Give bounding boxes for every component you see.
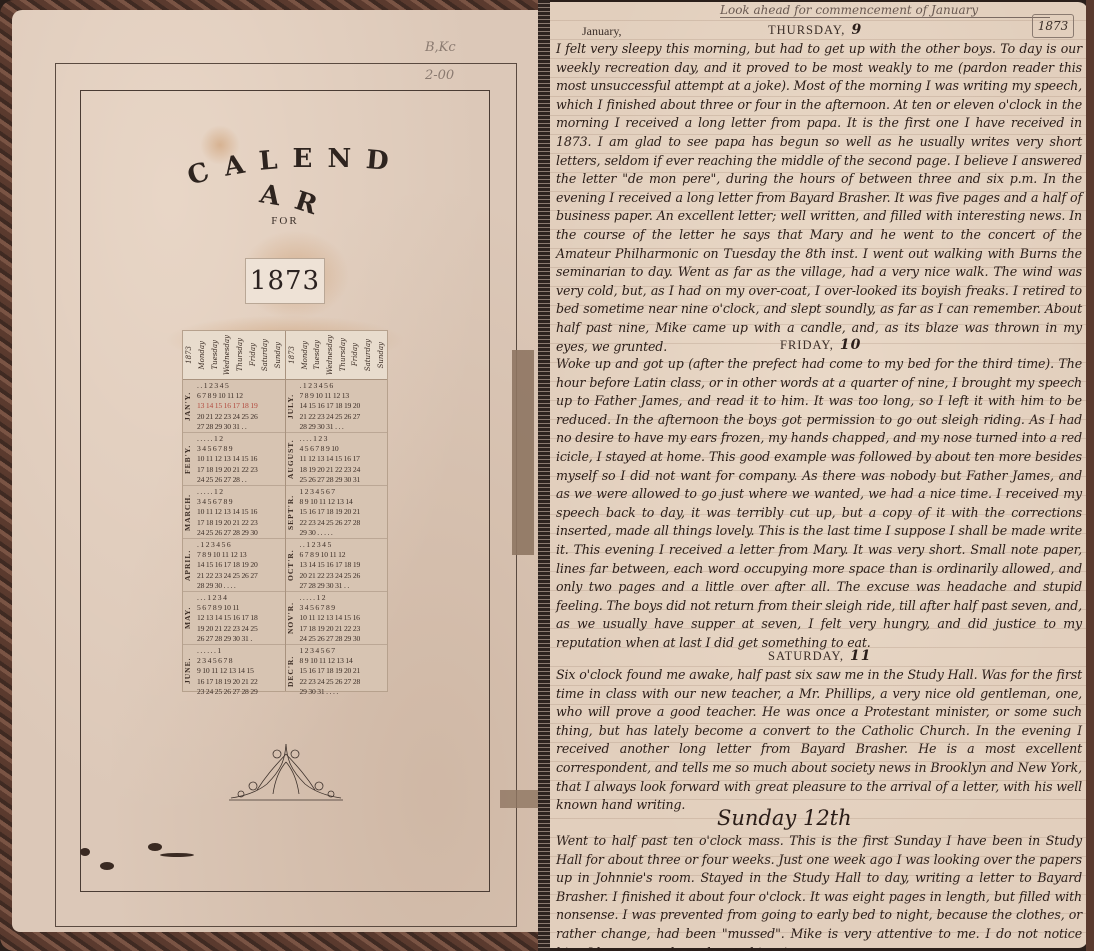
week-row: 14 15 16 17 18 19 20: [300, 401, 388, 411]
month-days: . . . . . 1 23 4 5 6 7 8 910 11 12 13 14…: [197, 486, 285, 538]
month-days: . . 1 2 3 4 56 7 8 9 10 11 1213 14 15 16…: [300, 539, 388, 591]
week-row: 10 11 12 13 14 15 16: [197, 454, 285, 464]
ink-blot: [148, 843, 162, 851]
page-tab-strip: [512, 350, 534, 555]
week-row: 29 30 31 . . . .: [300, 687, 388, 697]
month-label: MARCH.: [183, 486, 197, 538]
week-row: 13 14 15 16 17 18 19: [300, 560, 388, 570]
month-december: DEC'R. 1 2 3 4 5 6 78 9 10 11 12 13 1415…: [286, 645, 388, 697]
weekday-label: Tuesday: [211, 340, 219, 370]
week-row: 29 30 . . . . .: [300, 528, 388, 538]
weekday-label: Monday: [301, 341, 309, 370]
week-row: 8 9 10 11 12 13 14: [300, 656, 388, 666]
day-name: THURSDAY,: [768, 23, 845, 37]
top-margin-note: Look ahead for commencement of January: [720, 3, 1050, 18]
ink-blot: [100, 862, 114, 870]
week-row: . . . . . 1 2: [197, 487, 285, 497]
week-row: . . 1 2 3 4 5: [197, 381, 285, 391]
week-row: . 1 2 3 4 5 6: [300, 381, 388, 391]
calendar-grid: 1873 Monday Tuesday Wednesday Thursday F…: [182, 330, 388, 692]
week-row: 1 2 3 4 5 6 7: [300, 646, 388, 656]
weekday-label: Monday: [198, 341, 206, 370]
week-row: 14 15 16 17 18 19 20: [197, 560, 285, 570]
week-row: 10 11 12 13 14 15 16: [300, 613, 388, 623]
month-april: APRIL. . 1 2 3 4 5 67 8 9 10 11 12 1314 …: [183, 539, 285, 592]
week-row: 15 16 17 18 19 20 21: [300, 666, 388, 676]
weekday-label: 1873: [185, 346, 193, 364]
week-row: 8 9 10 11 12 13 14: [300, 497, 388, 507]
month-days: . . 1 2 3 4 56 7 8 9 10 11 1213 14 15 16…: [197, 380, 285, 432]
title-letter: E: [293, 144, 316, 174]
month-days: . . . . . 1 23 4 5 6 7 8 910 11 12 13 14…: [197, 433, 285, 485]
month-november: NOV'R. . . . . . 1 23 4 5 6 7 8 910 11 1…: [286, 592, 388, 645]
weekday-label: Saturday: [364, 339, 372, 371]
weekday-label: Sunday: [377, 342, 385, 368]
month-label: JULY.: [286, 380, 300, 432]
weekday-header: 1873 Monday Tuesday Wednesday Thursday F…: [183, 331, 285, 380]
month-october: OCT'R. . . 1 2 3 4 56 7 8 9 10 11 1213 1…: [286, 539, 388, 592]
week-row: 28 29 30 31 . . .: [300, 422, 388, 432]
page-month-label: January,: [582, 24, 622, 39]
title-letter: D: [365, 145, 393, 177]
month-label: FEB'Y.: [183, 433, 197, 485]
month-july: JULY. . 1 2 3 4 5 67 8 9 10 11 12 1314 1…: [286, 380, 388, 433]
week-row: 7 8 9 10 11 12 13: [197, 550, 285, 560]
month-june: JUNE. . . . . . . 12 3 4 5 6 7 89 10 11 …: [183, 645, 285, 697]
week-row: 4 5 6 7 8 9 10: [300, 444, 388, 454]
month-label: JUNE.: [183, 645, 197, 697]
week-row: . . . . 1 2 3: [300, 434, 388, 444]
month-label: SEPT'R.: [286, 486, 300, 538]
week-row: 10 11 12 13 14 15 16: [197, 507, 285, 517]
week-row: 25 26 27 28 29 30 31: [300, 475, 388, 485]
week-row: 21 22 23 24 25 26 27: [300, 412, 388, 422]
title-letter: A: [222, 149, 250, 183]
weekday-label: Thursday: [339, 338, 347, 371]
week-row: . . . 1 2 3 4: [197, 593, 285, 603]
journal-entry-saturday: Six o'clock found me awake, half past si…: [556, 666, 1082, 806]
week-row: 9 10 11 12 13 14 15: [197, 666, 285, 676]
month-days: 1 2 3 4 5 6 78 9 10 11 12 13 1415 16 17 …: [300, 645, 388, 697]
week-row: 19 20 21 22 23 24 25: [197, 624, 285, 634]
title-letter: L: [258, 145, 282, 177]
month-may: MAY. . . . 1 2 3 45 6 7 8 9 10 1112 13 1…: [183, 592, 285, 645]
week-row: 3 4 5 6 7 8 9: [197, 444, 285, 454]
month-label: NOV'R.: [286, 592, 300, 644]
week-row: 22 23 24 25 26 27 28: [300, 677, 388, 687]
week-row: 3 4 5 6 7 8 9: [300, 603, 388, 613]
week-row: 15 16 17 18 19 20 21: [300, 507, 388, 517]
week-row: 24 25 26 27 28 . .: [197, 475, 285, 485]
week-row: 11 12 13 14 15 16 17: [300, 454, 388, 464]
week-row: . 1 2 3 4 5 6: [197, 540, 285, 550]
day-date: 9: [851, 22, 862, 38]
day-date: 10: [840, 337, 861, 353]
week-row: 24 25 26 27 28 29 30: [300, 634, 388, 644]
month-label: DEC'R.: [286, 645, 300, 697]
week-row: 22 23 24 25 26 27 28: [300, 518, 388, 528]
week-row: 18 19 20 21 22 23 24: [300, 465, 388, 475]
weekday-label: Saturday: [261, 339, 269, 371]
day-heading-thursday: THURSDAY,9: [768, 22, 862, 38]
week-row: 17 18 19 20 21 22 23: [197, 518, 285, 528]
title-letter: N: [327, 144, 354, 174]
day-name: SATURDAY,: [768, 649, 844, 663]
book-spine: [538, 0, 550, 951]
year-box: 1873: [1032, 14, 1074, 38]
month-label: JAN'Y.: [183, 380, 197, 432]
weekday-header: 1873 Monday Tuesday Wednesday Thursday F…: [286, 331, 388, 380]
week-row: 6 7 8 9 10 11 12: [300, 550, 388, 560]
week-row: 2 3 4 5 6 7 8: [197, 656, 285, 666]
month-days: . 1 2 3 4 5 67 8 9 10 11 12 1314 15 16 1…: [300, 380, 388, 432]
week-row: 27 28 29 30 31 . .: [300, 581, 388, 591]
month-days: . . . . 1 2 34 5 6 7 8 9 1011 12 13 14 1…: [300, 433, 388, 485]
month-august: AUGUST. . . . . 1 2 34 5 6 7 8 9 1011 12…: [286, 433, 388, 486]
weekday-label: Wednesday: [326, 335, 334, 375]
week-row-highlighted: 13 14 15 16 17 18 19: [197, 401, 285, 411]
month-label: APRIL.: [183, 539, 197, 591]
day-date: 12th: [803, 806, 852, 830]
day-name: Sunday: [717, 806, 796, 830]
day-heading-sunday: Sunday 12th: [717, 806, 852, 830]
month-days: . . . . . 1 23 4 5 6 7 8 910 11 12 13 14…: [300, 592, 388, 644]
weekday-label: Wednesday: [223, 335, 231, 375]
calendar-column-jan-jun: 1873 Monday Tuesday Wednesday Thursday F…: [183, 331, 286, 691]
month-september: SEPT'R. 1 2 3 4 5 6 78 9 10 11 12 13 141…: [286, 486, 388, 539]
journal-entry-sunday: Went to half past ten o'clock mass. This…: [556, 832, 1082, 947]
week-row: 26 27 28 29 30 31 .: [197, 634, 285, 644]
calendar-for-label: FOR: [255, 215, 315, 227]
month-label: OCT'R.: [286, 539, 300, 591]
day-name: FRIDAY,: [780, 338, 834, 352]
calendar-column-jul-dec: 1873 Monday Tuesday Wednesday Thursday F…: [286, 331, 388, 691]
journal-entry-friday: Woke up and got up (after the prefect ha…: [556, 355, 1082, 645]
week-row: . . . . . 1 2: [197, 434, 285, 444]
week-row: 16 17 18 19 20 21 22: [197, 677, 285, 687]
month-january: JAN'Y. . . 1 2 3 4 56 7 8 9 10 11 1213 1…: [183, 380, 285, 433]
month-label: AUGUST.: [286, 433, 300, 485]
book-cover-right: [1086, 0, 1094, 951]
week-row: 27 28 29 30 31 . .: [197, 422, 285, 432]
week-row: . . 1 2 3 4 5: [300, 540, 388, 550]
weekday-label: Sunday: [274, 342, 282, 368]
week-row: 12 13 14 15 16 17 18: [197, 613, 285, 623]
month-days: . . . . . . 12 3 4 5 6 7 89 10 11 12 13 …: [197, 645, 285, 697]
title-letter: C: [184, 156, 216, 192]
weekday-label: Tuesday: [313, 340, 321, 370]
week-row: 17 18 19 20 21 22 23: [197, 465, 285, 475]
week-row: 6 7 8 9 10 11 12: [197, 391, 285, 401]
pencil-note-price: 2-00: [425, 68, 454, 83]
day-heading-saturday: SATURDAY,11: [768, 648, 872, 664]
weekday-label: Thursday: [236, 338, 244, 371]
week-row: 7 8 9 10 11 12 13: [300, 391, 388, 401]
week-row: 5 6 7 8 9 10 11: [197, 603, 285, 613]
week-row: 21 22 23 24 25 26 27: [197, 571, 285, 581]
week-row: . . . . . 1 2: [300, 593, 388, 603]
weekday-label: Friday: [249, 343, 257, 366]
calendar-year-label: 1873: [245, 258, 325, 304]
week-row: . . . . . . 1: [197, 646, 285, 656]
calendar-title: C A L E N D A R: [180, 145, 400, 205]
month-february: FEB'Y. . . . . . 1 23 4 5 6 7 8 910 11 1…: [183, 433, 285, 486]
month-label: MAY.: [183, 592, 197, 644]
ink-blot: [80, 848, 90, 856]
week-row: 24 25 26 27 28 29 30: [197, 528, 285, 538]
week-row: 17 18 19 20 21 22 23: [300, 624, 388, 634]
weekday-label: 1873: [288, 346, 296, 364]
journal-entry-thursday: I felt very sleepy this morning, but had…: [556, 40, 1082, 322]
day-date: 11: [850, 648, 871, 664]
weekday-label: Friday: [351, 343, 359, 366]
ornament-flourish-icon: [227, 740, 345, 804]
week-row: 1 2 3 4 5 6 7: [300, 487, 388, 497]
month-days: . . . 1 2 3 45 6 7 8 9 10 1112 13 14 15 …: [197, 592, 285, 644]
day-heading-friday: FRIDAY,10: [780, 337, 861, 353]
week-row: 3 4 5 6 7 8 9: [197, 497, 285, 507]
month-days: . 1 2 3 4 5 67 8 9 10 11 12 1314 15 16 1…: [197, 539, 285, 591]
month-march: MARCH. . . . . . 1 23 4 5 6 7 8 910 11 1…: [183, 486, 285, 539]
week-row: 20 21 22 23 24 25 26: [197, 412, 285, 422]
week-row: 20 21 22 23 24 25 26: [300, 571, 388, 581]
page-tab-strip: [500, 790, 538, 808]
ink-blot: [160, 853, 194, 857]
week-row: 28 29 30 . . . .: [197, 581, 285, 591]
month-days: 1 2 3 4 5 6 78 9 10 11 12 13 1415 16 17 …: [300, 486, 388, 538]
week-row: 23 24 25 26 27 28 29: [197, 687, 285, 697]
pencil-note-top: B,Kc: [425, 40, 456, 55]
